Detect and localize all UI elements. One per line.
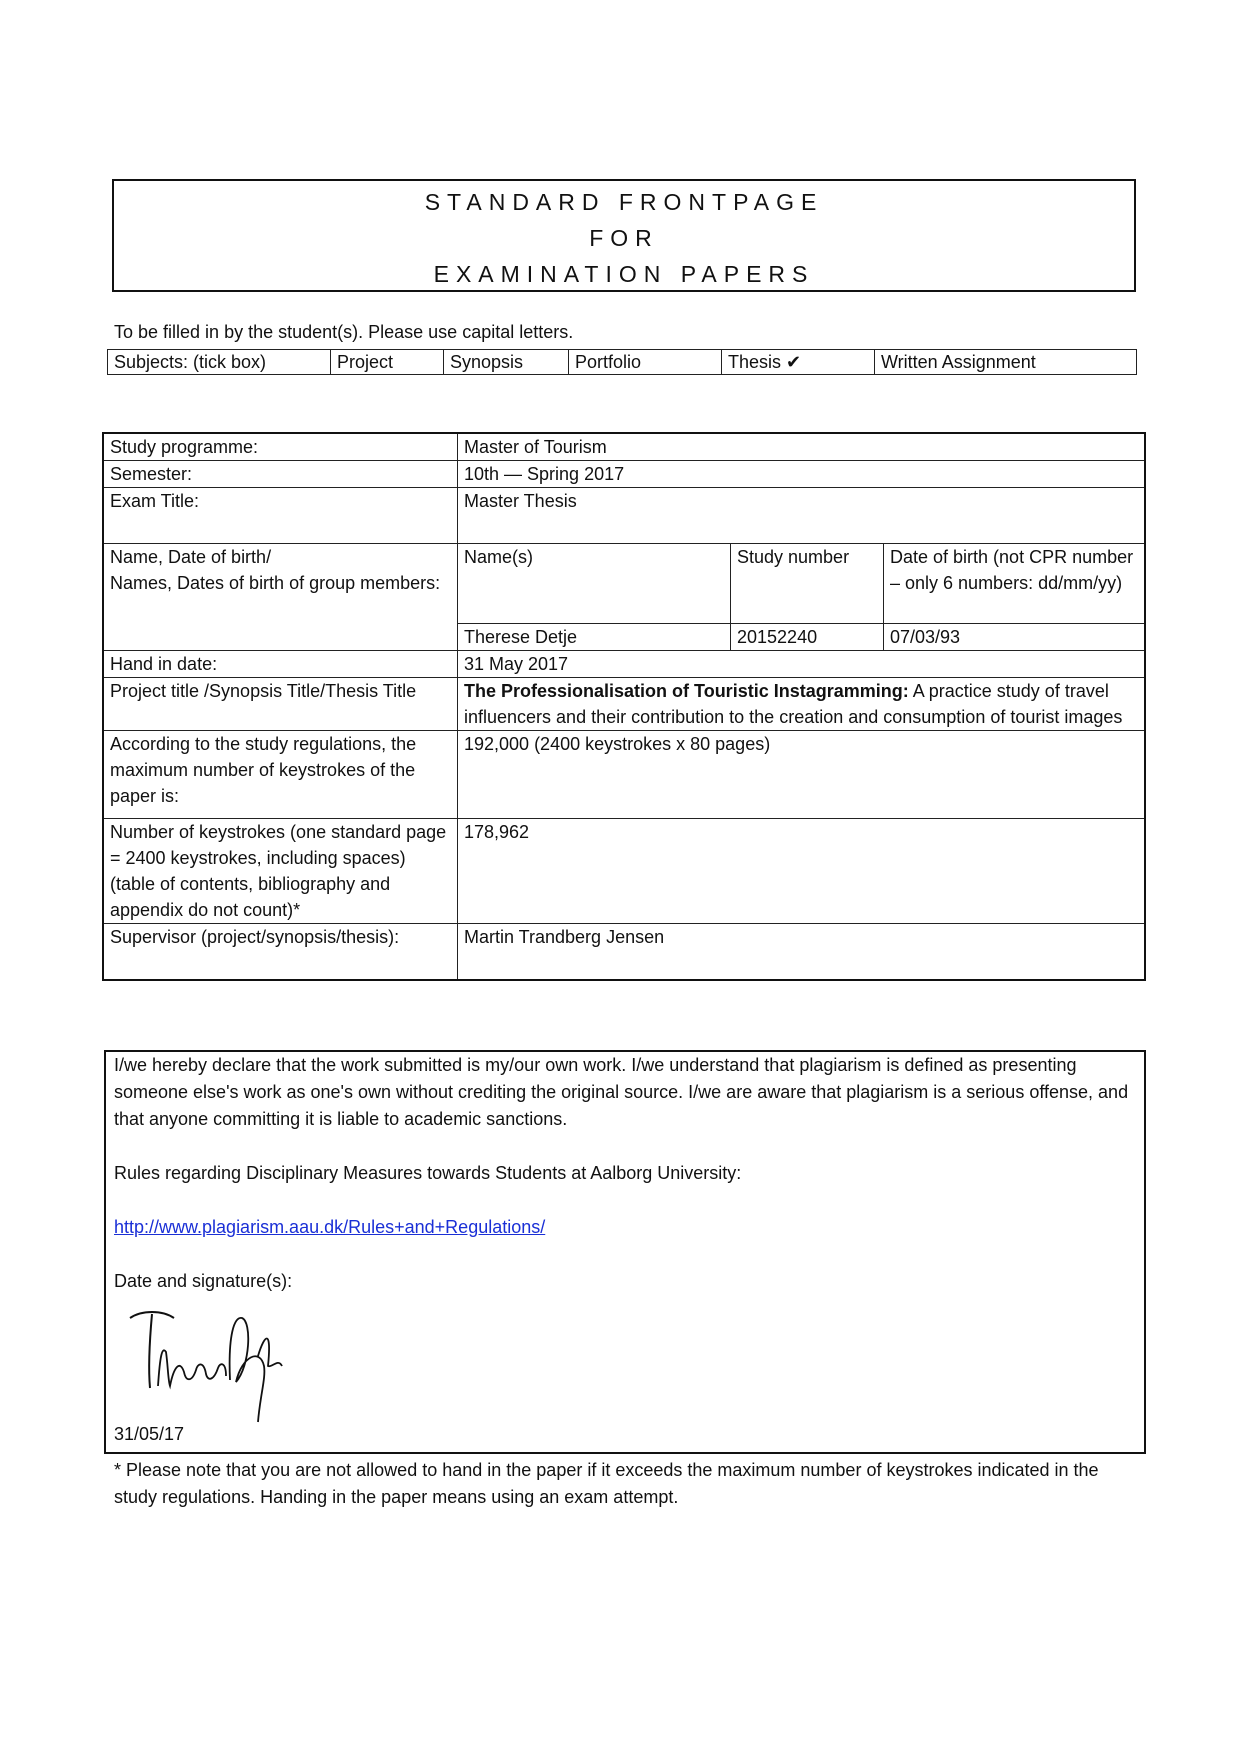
signature-label: Date and signature(s): bbox=[114, 1268, 1136, 1295]
project-title-label: Project title /Synopsis Title/Thesis Tit… bbox=[103, 678, 458, 731]
footnote: * Please note that you are not allowed t… bbox=[114, 1457, 1144, 1511]
subjects-label: Subjects: (tick box) bbox=[108, 350, 331, 375]
signature-date: 31/05/17 bbox=[114, 1424, 184, 1445]
members-header-study-number: Study number bbox=[731, 544, 884, 624]
exam-info-table: Study programme: Master of Tourism Semes… bbox=[102, 432, 1146, 981]
title-line-1: STANDARD FRONTPAGE bbox=[114, 184, 1134, 220]
members-header-dob: Date of birth (not CPR number – only 6 n… bbox=[884, 544, 1146, 624]
subjects-table: Subjects: (tick box) Project Synopsis Po… bbox=[107, 349, 1137, 375]
members-label-line2: Names, Dates of birth of group members: bbox=[110, 570, 451, 596]
hand-in-date-label: Hand in date: bbox=[103, 651, 458, 678]
row-members-header: Name, Date of birth/ Names, Dates of bir… bbox=[103, 544, 1145, 624]
project-title-value[interactable]: The Professionalisation of Touristic Ins… bbox=[458, 678, 1146, 731]
row-max-keystrokes: According to the study regulations, the … bbox=[103, 731, 1145, 819]
member-study-number[interactable]: 20152240 bbox=[731, 624, 884, 651]
members-header-name: Name(s) bbox=[458, 544, 731, 624]
study-programme-label: Study programme: bbox=[103, 433, 458, 461]
row-project-title: Project title /Synopsis Title/Thesis Tit… bbox=[103, 678, 1145, 731]
row-study-programme: Study programme: Master of Tourism bbox=[103, 433, 1145, 461]
exam-title-value[interactable]: Master Thesis bbox=[458, 488, 1146, 544]
row-semester: Semester: 10th — Spring 2017 bbox=[103, 461, 1145, 488]
subject-written-assignment[interactable]: Written Assignment bbox=[875, 350, 1137, 375]
keystrokes-label: Number of keystrokes (one standard page … bbox=[103, 819, 458, 924]
row-exam-title: Exam Title: Master Thesis bbox=[103, 488, 1145, 544]
subject-portfolio[interactable]: Portfolio bbox=[569, 350, 722, 375]
declaration-box: I/we hereby declare that the work submit… bbox=[104, 1050, 1146, 1454]
study-programme-value[interactable]: Master of Tourism bbox=[458, 433, 1146, 461]
row-hand-in-date: Hand in date: 31 May 2017 bbox=[103, 651, 1145, 678]
signature-image bbox=[122, 1296, 327, 1424]
instruction-text: To be filled in by the student(s). Pleas… bbox=[114, 322, 573, 343]
row-supervisor: Supervisor (project/synopsis/thesis): Ma… bbox=[103, 924, 1145, 980]
hand-in-date-value[interactable]: 31 May 2017 bbox=[458, 651, 1146, 678]
members-label: Name, Date of birth/ Names, Dates of bir… bbox=[103, 544, 458, 651]
row-keystrokes: Number of keystrokes (one standard page … bbox=[103, 819, 1145, 924]
rules-link[interactable]: http://www.plagiarism.aau.dk/Rules+and+R… bbox=[114, 1217, 545, 1237]
declaration-text: I/we hereby declare that the work submit… bbox=[114, 1052, 1136, 1133]
member-name[interactable]: Therese Detje bbox=[458, 624, 731, 651]
subject-thesis[interactable]: Thesis ✔ bbox=[722, 350, 875, 375]
semester-value[interactable]: 10th — Spring 2017 bbox=[458, 461, 1146, 488]
member-dob[interactable]: 07/03/93 bbox=[884, 624, 1146, 651]
title-line-2: FOR bbox=[114, 220, 1134, 256]
supervisor-label: Supervisor (project/synopsis/thesis): bbox=[103, 924, 458, 980]
project-title-main: The Professionalisation of Touristic Ins… bbox=[464, 681, 909, 701]
title-box: STANDARD FRONTPAGE FOR EXAMINATION PAPER… bbox=[112, 179, 1136, 292]
max-keystrokes-label: According to the study regulations, the … bbox=[103, 731, 458, 819]
subject-project[interactable]: Project bbox=[331, 350, 444, 375]
max-keystrokes-value[interactable]: 192,000 (2400 keystrokes x 80 pages) bbox=[458, 731, 1146, 819]
rules-label: Rules regarding Disciplinary Measures to… bbox=[114, 1160, 1136, 1187]
title-line-3: EXAMINATION PAPERS bbox=[114, 256, 1134, 292]
keystrokes-value[interactable]: 178,962 bbox=[458, 819, 1146, 924]
semester-label: Semester: bbox=[103, 461, 458, 488]
subject-synopsis[interactable]: Synopsis bbox=[444, 350, 569, 375]
exam-title-label: Exam Title: bbox=[103, 488, 458, 544]
supervisor-value[interactable]: Martin Trandberg Jensen bbox=[458, 924, 1146, 980]
members-label-line1: Name, Date of birth/ bbox=[110, 544, 451, 570]
